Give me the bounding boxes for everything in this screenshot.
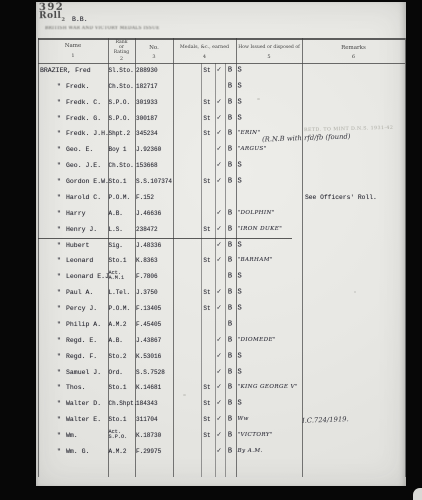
ditto-mark: "	[57, 84, 61, 91]
issued-cell: S	[238, 163, 242, 170]
scan-speck	[257, 98, 260, 100]
ditto-mark: "	[57, 163, 61, 170]
rank-cell: A.M.2	[109, 322, 127, 328]
rank-cell: Shpt.2	[109, 131, 131, 137]
table-row: "Fredk. G.S.P.O.300187St✓BS	[36, 111, 406, 127]
number-cell: J.43867	[136, 338, 161, 344]
column-header-issued-num: 5	[236, 55, 302, 61]
rank-cell: A.B.	[109, 211, 123, 217]
medal-star-mark: St	[200, 401, 214, 407]
medal-british-mark: B	[224, 306, 236, 313]
issued-cell: S	[238, 83, 242, 90]
name-cell: Samuel J.	[66, 369, 101, 376]
name-cell: Regd. F.	[66, 353, 97, 360]
scan-corner-notch	[413, 488, 422, 500]
rank-cell: Ch.Sto.	[109, 84, 134, 90]
rank-cell: Boy 1	[109, 147, 127, 153]
table-row: BRAZIER, FredSl.Sto.288930St✓BS	[36, 63, 406, 79]
name-cell: Geo. J.E.	[66, 163, 101, 170]
table-row: "Walter E.Sto.1311704St✓BWwI.C.724/1919.	[36, 412, 406, 428]
table-row: "HubertSig.J.48336✓BS	[36, 238, 406, 254]
name-cell: Fredk. G.	[66, 115, 101, 122]
ditto-mark: "	[57, 401, 61, 408]
medal-british-mark: B	[224, 131, 236, 138]
medal-star-mark: St	[200, 258, 214, 264]
number-cell: 300187	[136, 116, 158, 122]
number-cell: K.14681	[136, 385, 161, 391]
number-cell: J.48336	[136, 243, 161, 249]
medal-british-mark: B	[224, 448, 236, 455]
number-cell: J.46636	[136, 211, 161, 217]
ditto-mark: "	[57, 274, 61, 281]
name-cell: Fredk.	[66, 84, 89, 91]
number-cell: J.92360	[136, 147, 161, 153]
name-cell: Wm.	[66, 433, 78, 440]
table-row: "HarryA.B.J.46636✓B"DOLPHIN"	[36, 206, 406, 222]
number-cell: 345234	[136, 131, 158, 137]
medal-british-mark: B	[224, 337, 236, 344]
name-cell: Harry	[66, 211, 86, 218]
rank-cell: Sto.1	[109, 385, 127, 391]
medal-british-mark: B	[224, 290, 236, 297]
name-cell: Walter D.	[66, 401, 101, 408]
number-cell: K.8363	[136, 258, 158, 264]
medal-british-mark: B	[224, 147, 236, 154]
scan-speck	[354, 291, 356, 293]
medal-victory-check: ✓	[214, 258, 224, 266]
medal-british-mark: B	[224, 226, 236, 233]
medal-victory-check: ✓	[214, 369, 224, 377]
medal-victory-check: ✓	[214, 337, 224, 345]
ditto-mark: "	[57, 242, 61, 249]
issued-cell: S	[238, 290, 242, 297]
remarks-cell: See Officers' Roll.	[305, 195, 377, 201]
column-header-no: No.	[135, 45, 173, 51]
medal-star-mark: St	[200, 68, 214, 74]
medal-star-mark: St	[200, 385, 214, 391]
rank-cell: P.O.M.	[109, 306, 131, 312]
medal-victory-check: ✓	[214, 210, 224, 218]
rank-cell: Ch.Sto.	[109, 163, 134, 169]
medal-star-mark: St	[200, 116, 214, 122]
number-cell: F.13405	[136, 306, 161, 312]
number-cell: F.29975	[136, 449, 161, 455]
table-row: "Geo. E.Boy 1J.92360✓B"ARGUS"	[36, 142, 406, 158]
number-cell: S.S.107374	[136, 179, 172, 185]
table-row: "Wm.Act. S.P.O.K.18730St✓B"VICTORY"	[36, 428, 406, 444]
ditto-mark: "	[57, 417, 61, 424]
table-row: "Regd. E.A.B.J.43867✓B"DIOMEDE"	[36, 333, 406, 349]
medal-star-mark: St	[200, 290, 214, 296]
rank-cell: Act. S.P.O.	[109, 430, 128, 441]
ditto-mark: "	[57, 258, 61, 265]
medal-victory-check: ✓	[214, 226, 224, 234]
name-cell: Leonard E.J.	[66, 274, 113, 281]
issued-cell: S	[238, 115, 242, 122]
issued-cell: S	[238, 353, 242, 360]
rank-cell: L.S.	[109, 227, 123, 233]
column-header-remarks-num: 6	[302, 55, 405, 61]
column-header-no-num: 3	[135, 55, 173, 61]
number-cell: F.45405	[136, 322, 161, 328]
number-cell: 288930	[136, 68, 158, 74]
medal-victory-check: ✓	[214, 448, 224, 456]
medal-british-mark: B	[224, 67, 236, 74]
column-header-name-num: 1	[38, 54, 108, 60]
column-header-medals-num: 4	[173, 55, 236, 61]
issued-cell: S	[238, 99, 242, 106]
number-cell: 153668	[136, 163, 158, 169]
rank-cell: Act. A.M.1	[109, 271, 125, 282]
medal-victory-check: ✓	[214, 432, 224, 440]
ditto-mark: "	[57, 449, 61, 456]
medal-british-mark: B	[224, 353, 236, 360]
issued-cell: S	[238, 274, 242, 281]
rank-cell: A.B.	[109, 338, 123, 344]
issued-cell: "ARGUS"	[238, 148, 267, 154]
table-row: "Harold C.P.O.M.F.152See Officers' Roll.	[36, 190, 406, 206]
column-header-name: Name	[38, 43, 108, 49]
page-subtitle: BRITISH WAR AND VICTORY MEDALS ISSUED	[45, 26, 159, 31]
rank-cell: S.P.O.	[109, 116, 131, 122]
name-cell: Wm. G.	[66, 449, 89, 456]
rank-cell: Ord.	[109, 370, 123, 376]
medal-british-mark: B	[224, 321, 236, 328]
name-cell: Geo. E.	[66, 147, 93, 154]
issued-cell: "VICTORY"	[238, 433, 273, 439]
ditto-mark: "	[57, 322, 61, 329]
medal-star-mark: St	[200, 227, 214, 233]
medal-british-mark: B	[224, 274, 236, 281]
table-row: "Walter D.Ch.Shpt.184343St✓BS	[36, 396, 406, 412]
column-header-rank-num: 2	[108, 57, 135, 63]
scan-speck	[183, 394, 186, 396]
table-row: "Percy J.P.O.M.F.13405St✓BS	[36, 301, 406, 317]
ditto-mark: "	[57, 179, 61, 186]
name-cell: Percy J.	[66, 306, 97, 313]
medal-victory-check: ✓	[214, 178, 224, 186]
table-row: "Henry J.L.S.238472St✓B"IRON DUKE"	[36, 222, 406, 238]
medal-victory-check: ✓	[214, 401, 224, 409]
issued-cell: "DOLPHIN"	[238, 211, 275, 217]
medal-star-mark: St	[200, 131, 214, 137]
table-row: "Fredk. C.S.P.O.301933St✓BS	[36, 95, 406, 111]
name-cell: Fredk. C.	[66, 99, 101, 106]
ditto-mark: "	[57, 115, 61, 122]
scan-black-border: 392 Roll2 B.B. BRITISH WAR AND VICTORY M…	[0, 0, 422, 500]
rank-cell: L.Tel.	[109, 290, 131, 296]
ditto-mark: "	[57, 353, 61, 360]
medal-victory-check: ✓	[214, 147, 224, 155]
table-row: "Philip A.A.M.2F.45405B	[36, 317, 406, 333]
medal-star-mark: St	[200, 100, 214, 106]
issued-cell: "KING GEORGE V"	[238, 386, 298, 392]
remarks-handwriting: I.C.724/1919.	[302, 415, 349, 425]
roll-stamp-suffix: 2	[61, 17, 65, 23]
rank-cell: Sto.1	[109, 417, 127, 423]
issued-cell: S	[238, 179, 242, 186]
name-cell: Walter E.	[66, 417, 101, 424]
remarks-handwriting: (R.N.B with rfd/fb (found)	[262, 132, 351, 143]
name-cell: Hubert	[66, 242, 89, 249]
issued-cell: S	[238, 242, 242, 249]
ditto-mark: "	[57, 226, 61, 233]
number-cell: S.S.7528	[136, 370, 165, 376]
rank-cell: Sto.1	[109, 258, 127, 264]
medal-british-mark: B	[224, 258, 236, 265]
medal-victory-check: ✓	[214, 131, 224, 139]
number-cell: K.53016	[136, 354, 161, 360]
column-header-remarks: Remarks	[302, 45, 405, 51]
medal-british-mark: B	[224, 83, 236, 90]
issued-cell: By A.M.	[238, 449, 263, 455]
ditto-mark: "	[57, 433, 61, 440]
medal-british-mark: B	[224, 115, 236, 122]
number-cell: 182717	[136, 84, 158, 90]
table-row: "Regd. F.Sto.2K.53016✓BS	[36, 349, 406, 365]
ditto-mark: "	[57, 369, 61, 376]
name-cell: Paul A.	[66, 290, 93, 297]
rank-cell: P.O.M.	[109, 195, 131, 201]
ditto-mark: "	[57, 290, 61, 297]
issued-cell: "BARHAM"	[238, 259, 273, 265]
ditto-mark: "	[57, 211, 61, 218]
roll-stamp: 392 Roll2	[39, 2, 66, 23]
medal-victory-check: ✓	[214, 305, 224, 313]
name-cell: Leonard	[66, 258, 93, 265]
rank-cell: S.P.O.	[109, 100, 131, 106]
number-cell: 238472	[136, 227, 158, 233]
grid-horizontal-line	[38, 38, 405, 40]
medal-victory-check: ✓	[214, 385, 224, 393]
ditto-mark: "	[57, 99, 61, 106]
number-cell: 301933	[136, 100, 158, 106]
medal-victory-check: ✓	[214, 289, 224, 297]
name-cell: Henry J.	[66, 226, 97, 233]
medal-victory-check: ✓	[214, 162, 224, 170]
medal-british-mark: B	[224, 433, 236, 440]
document-page: 392 Roll2 B.B. BRITISH WAR AND VICTORY M…	[36, 2, 406, 486]
table-row: "Wm. G.A.M.2F.29975✓BBy A.M.	[36, 444, 406, 460]
medal-british-mark: B	[224, 242, 236, 249]
medal-victory-check: ✓	[214, 416, 224, 424]
ditto-mark: "	[57, 385, 61, 392]
name-cell: Gordon E.W.	[66, 179, 109, 186]
medal-victory-check: ✓	[214, 115, 224, 123]
column-header-medals: Medals, &c., earned	[173, 45, 236, 50]
column-header-rank: Rank or Rating	[108, 40, 135, 55]
medal-star-mark: St	[200, 306, 214, 312]
name-cell: Thos.	[66, 385, 86, 392]
issued-cell: S	[238, 306, 242, 313]
issued-cell: "ERIN"	[238, 132, 261, 138]
roll-stamp-label: Roll2	[39, 11, 66, 23]
issued-cell: S	[238, 401, 242, 408]
medal-british-mark: B	[224, 369, 236, 376]
medal-british-mark: B	[224, 210, 236, 217]
table-row: "Paul A.L.Tel.J.3750St✓BS	[36, 285, 406, 301]
name-cell: Regd. E.	[66, 338, 97, 345]
issued-cell: S	[238, 369, 242, 376]
ditto-mark: "	[57, 306, 61, 313]
medal-star-mark: St	[200, 179, 214, 185]
table-row: "Fredk. J.H.Shpt.2345234St✓B"ERIN"RETD. …	[36, 127, 406, 143]
table-row: "LeonardSto.1K.8363St✓B"BARHAM"	[36, 254, 406, 270]
name-cell: Harold C.	[66, 195, 101, 202]
medal-victory-check: ✓	[214, 353, 224, 361]
ditto-mark: "	[57, 147, 61, 154]
medal-star-mark: St	[200, 417, 214, 423]
name-cell: Philip A.	[66, 322, 101, 329]
medal-british-mark: B	[224, 385, 236, 392]
medal-victory-check: ✓	[214, 67, 224, 75]
number-cell: F.7806	[136, 274, 158, 280]
rank-cell: Sto.2	[109, 354, 127, 360]
medal-victory-check: ✓	[214, 99, 224, 107]
number-cell: 184343	[136, 401, 158, 407]
ditto-mark: "	[57, 195, 61, 202]
rank-cell: Sl.Sto.	[109, 68, 134, 74]
rank-cell: Sto.1	[109, 179, 127, 185]
number-cell: K.18730	[136, 433, 161, 439]
table-row: "Samuel J.Ord.S.S.7528✓BS	[36, 365, 406, 381]
issued-cell: "DIOMEDE"	[238, 338, 276, 344]
rank-cell: A.M.2	[109, 449, 127, 455]
medal-british-mark: B	[224, 401, 236, 408]
medal-british-mark: B	[224, 163, 236, 170]
name-cell: Fredk. J.H.	[66, 131, 109, 138]
number-cell: F.152	[136, 195, 154, 201]
name-cell: BRAZIER, Fred	[40, 68, 91, 75]
medal-british-mark: B	[224, 99, 236, 106]
table-row: "Thos.Sto.1K.14681St✓B"KING GEORGE V"	[36, 381, 406, 397]
issued-cell: S	[238, 67, 242, 74]
medal-star-mark: St	[200, 433, 214, 439]
ditto-mark: "	[57, 338, 61, 345]
ditto-mark: "	[57, 131, 61, 138]
table-row: "Gordon E.W.Sto.1S.S.107374St✓BS	[36, 174, 406, 190]
medal-victory-check: ✓	[214, 242, 224, 250]
number-cell: J.3750	[136, 290, 158, 296]
rank-cell: Sig.	[109, 243, 123, 249]
table-row: "Fredk.Ch.Sto.182717BS	[36, 79, 406, 95]
column-header-issued: How Issued or disposed of	[236, 45, 302, 50]
table-row: "Geo. J.E.Ch.Sto.153668✓BS	[36, 158, 406, 174]
section-code: B.B.	[72, 16, 88, 23]
medal-british-mark: B	[224, 179, 236, 186]
table-row: "Leonard E.J.Act. A.M.1F.7806BS	[36, 269, 406, 285]
rank-cell: Ch.Shpt.	[109, 401, 138, 407]
issued-cell: Ww	[238, 417, 249, 423]
number-cell: 311704	[136, 417, 158, 423]
medal-british-mark: B	[224, 417, 236, 424]
issued-cell: "IRON DUKE"	[238, 227, 283, 233]
